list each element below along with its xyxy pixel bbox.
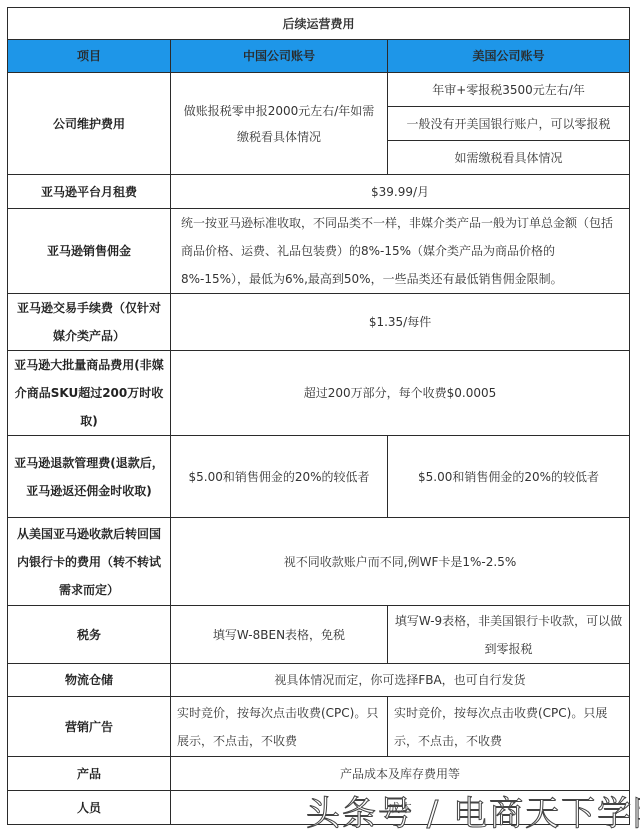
table-row-staff: 人员 成本 [8,791,630,825]
cell-value: 视不同收款账户而不同,例WF卡是1%-2.5% [171,518,630,606]
row-label: 物流仓储 [8,664,171,697]
row-label: 亚马逊退款管理费(退款后，亚马逊返还佣金时收取) [8,436,171,518]
header-row: 项目 中国公司账号 美国公司账号 [8,40,630,73]
table-row-maintenance: 公司维护费用 做账报税零申报2000元左右/年如需缴税看具体情况 年审+零报税3… [8,73,630,107]
cell-value: 视具体情况而定，你可选择FBA，也可自行发货 [171,664,630,697]
cell-value: 产品成本及库存费用等 [171,757,630,791]
row-label: 营销广告 [8,697,171,757]
cell-value: 超过200万部分，每个收费$0.0005 [171,351,630,436]
row-label: 从美国亚马逊收款后转回国内银行卡的费用（转不转试需求而定） [8,518,171,606]
table-row-marketing: 营销广告 实时竞价，按每次点击收费(CPC)。只展示，不点击，不收费 实时竞价，… [8,697,630,757]
header-cn-account: 中国公司账号 [171,40,388,73]
row-label: 人员 [8,791,171,825]
cell-value: $1.35/每件 [171,294,630,351]
cell-value: 统一按亚马逊标准收取，不同品类不一样，非媒介类产品一般为订单总金额（包括商品价格… [171,209,630,294]
row-label: 税务 [8,606,171,664]
row-label: 亚马逊大批量商品费用(非媒介商品SKU超过200万时收取) [8,351,171,436]
table-row-transfer-fee: 从美国亚马逊收款后转回国内银行卡的费用（转不转试需求而定） 视不同收款账户而不同… [8,518,630,606]
table-title: 后续运营费用 [8,8,630,40]
cell-cn: 做账报税零申报2000元左右/年如需缴税看具体情况 [171,73,388,175]
row-label: 亚马逊销售佣金 [8,209,171,294]
row-label: 亚马逊平台月租费 [8,175,171,209]
table-row-refund-fee: 亚马逊退款管理费(退款后，亚马逊返还佣金时收取) $5.00和销售佣金的20%的… [8,436,630,518]
table-row-bulk-fee: 亚马逊大批量商品费用(非媒介商品SKU超过200万时收取) 超过200万部分，每… [8,351,630,436]
table-row-tax: 税务 填写W-8BEN表格，免税 填写W-9表格，非美国银行卡收款，可以做到零报… [8,606,630,664]
table-row-product: 产品 产品成本及库存费用等 [8,757,630,791]
cell-us-2: 一般没有开美国银行账户，可以零报税 [388,107,630,141]
row-label: 产品 [8,757,171,791]
cell-us-1: 年审+零报税3500元左右/年 [388,73,630,107]
cell-us: $5.00和销售佣金的20%的较低者 [388,436,630,518]
table-row-monthly-fee: 亚马逊平台月租费 $39.99/月 [8,175,630,209]
cell-cn: $5.00和销售佣金的20%的较低者 [171,436,388,518]
table-row-logistics: 物流仓储 视具体情况而定，你可选择FBA，也可自行发货 [8,664,630,697]
cell-value: 成本 [171,791,630,825]
header-item: 项目 [8,40,171,73]
cell-cn: 填写W-8BEN表格，免税 [171,606,388,664]
cell-us: 实时竞价，按每次点击收费(CPC)。只展示，不点击，不收费 [388,697,630,757]
table-row-transaction-fee: 亚马逊交易手续费（仅针对媒介类产品） $1.35/每件 [8,294,630,351]
row-label: 公司维护费用 [8,73,171,175]
cell-cn: 实时竞价，按每次点击收费(CPC)。只展示，不点击，不收费 [171,697,388,757]
table-row-commission: 亚马逊销售佣金 统一按亚马逊标准收取，不同品类不一样，非媒介类产品一般为订单总金… [8,209,630,294]
row-label: 亚马逊交易手续费（仅针对媒介类产品） [8,294,171,351]
cell-value: $39.99/月 [171,175,630,209]
header-us-account: 美国公司账号 [388,40,630,73]
cell-us-3: 如需缴税看具体情况 [388,141,630,175]
cell-us: 填写W-9表格，非美国银行卡收款，可以做到零报税 [388,606,630,664]
operating-costs-table: 后续运营费用 项目 中国公司账号 美国公司账号 公司维护费用 做账报税零申报20… [7,7,630,825]
